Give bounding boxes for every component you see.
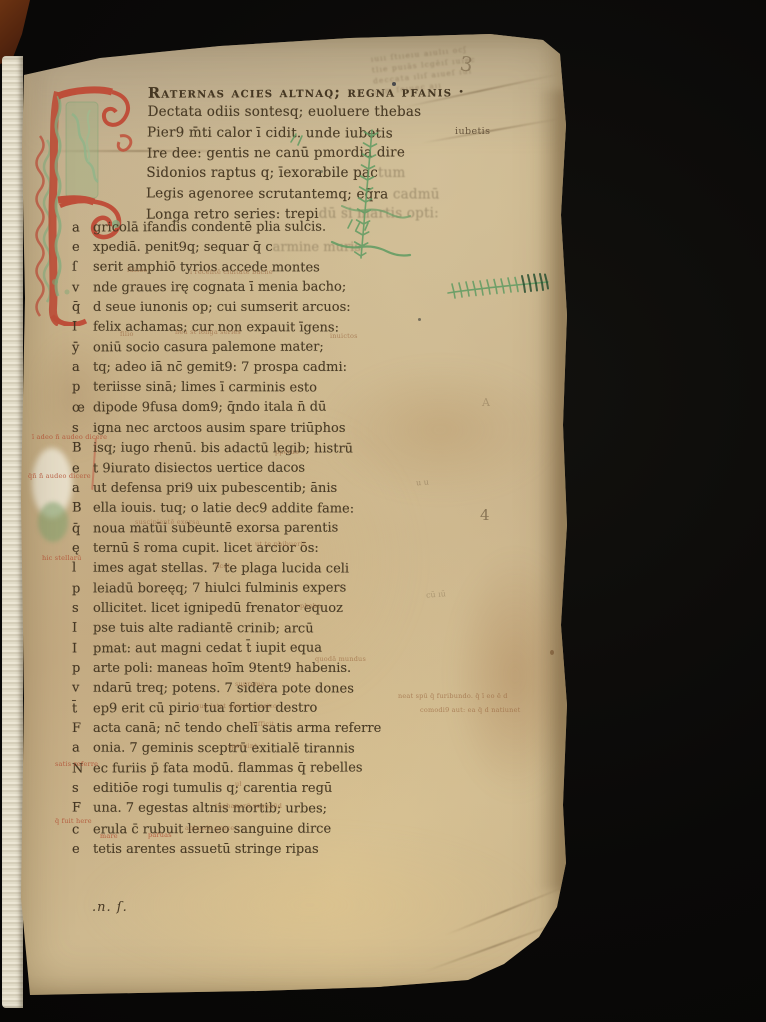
proem-line: Legis agenoree scrutantemq; eq̄ra cadmū [146, 185, 440, 202]
crease [424, 919, 566, 972]
verse-body: teriisse sinā; limes ī carminis esto [93, 380, 317, 396]
verse-initial: p [72, 380, 93, 395]
red-marginal-gloss: paruas [148, 831, 172, 839]
verse-line: expediā. penit9q; sequar q̄ carmine muri… [72, 240, 361, 255]
verse-initial: p [72, 661, 93, 676]
pen-trial-mark: cū ıū [426, 589, 446, 599]
stain [320, 360, 560, 500]
verse-body: tetis arentes assuetū stringe ripas [93, 842, 319, 857]
verse-initial: F [72, 721, 93, 736]
verse-body: t 9iurato disiectos uertice dacos [93, 460, 305, 476]
verse-body: editiōe rogi tumulis q; carentia regū [93, 781, 332, 796]
green-pigment-smear [38, 502, 68, 542]
verse-initial: t̄ [72, 702, 93, 717]
verse-initial: a [72, 481, 93, 496]
ink-speck [320, 170, 323, 173]
verse-line: signa nec arctoos ausim spare triūphos [72, 421, 346, 436]
verse-line: Bisq; iugo rhenū. bis adactū legib; hist… [72, 440, 353, 456]
interlinear-gloss: thebanorū regnaūd [215, 802, 282, 810]
verse-line: Ipse tuis alte radiantē crinib; arcū [72, 621, 314, 637]
interlinear-gloss: inuictos [330, 332, 358, 340]
red-marginal-gloss: q̄ñ ñ audeo dicere [28, 472, 91, 480]
verse-initial: a [72, 360, 93, 375]
verse-line: et 9iurato disiectos uertice dacos [72, 460, 305, 476]
verse-line: q̄d seue iunonis op; cui sumserit arcuos… [72, 300, 351, 315]
interlinear-gloss: qua latet oestro musico [195, 702, 277, 710]
verse-initial: a [72, 741, 93, 756]
verse-line: etetis arentes assuetū stringe ripas [72, 842, 319, 857]
verse-initial: s [72, 781, 93, 796]
interlinear-gloss: ut te phibuerit [255, 540, 306, 548]
verse-initial: B [72, 500, 93, 515]
verse-body: acta canā; nc̄ tendo chelī satis arma re… [93, 721, 381, 736]
interlinear-gloss: fuisse [127, 266, 147, 274]
ink-speck [418, 318, 421, 321]
verse-line: vndarū treq; potens. 7 sidera pote dones [72, 681, 354, 697]
verse-initial: ȳ [72, 341, 93, 356]
interlinear-gloss: ī recentē ciuitatē bache [190, 268, 273, 276]
interlinear-gloss: suscipientē exorsa [135, 518, 200, 526]
verse-body: leiadū boreęq; 7 hiulci fulminis expers [93, 580, 346, 596]
verse-body: tq; adeo iā nc̄ gemit9: 7 prospa cadmi: [93, 360, 347, 375]
verse-body: igna nec arctoos ausim spare triūphos [93, 421, 346, 436]
interlinear-gloss: uł [235, 780, 242, 788]
book-fore-edge-pages [2, 56, 23, 1008]
verse-body: una. 7 egestas altnis mortib; urbes; [93, 801, 327, 817]
verse-initial: I [72, 621, 93, 636]
proem-line: Ire dee: gentis ne canū pmordia dire [147, 144, 405, 161]
verse-body: dipode 9fusa dom9; q̄ndo itala n̄ dū [93, 400, 326, 416]
verse-initial: œ [72, 401, 93, 416]
verse-body: gricolā ifandis condentē plia sulcis. [93, 220, 326, 236]
verse-initial: s [72, 601, 93, 616]
red-marginal-gloss: ī adeo ñ audeo dicere [32, 433, 107, 441]
verse-line: Funa. 7 egestas altnis mortib; urbes; [72, 801, 327, 817]
interlinear-gloss: sufficit [250, 720, 274, 728]
verse-body: arte poli: maneas hoīm 9tent9 habenis. [93, 661, 351, 676]
verse-line: pleiadū boreęq; 7 hiulci fulminis expers [72, 580, 346, 596]
verse-initial: B [72, 440, 93, 455]
verse-line: ȳoniū socio casura palemone mater; [72, 340, 324, 356]
verse-body: ut defensa pri9 uix pubescentib; ānis [93, 481, 337, 496]
verse-body: ec furiis p̄ fata modū. flammas q̄ rebel… [93, 761, 363, 777]
interlinear-gloss: comodi9 aut: ea q̄ d natiunet [420, 706, 520, 714]
interlinear-gloss: filio [120, 330, 134, 338]
manuscript-page: ıuıı ſtııeıu aıulıı ocʃtlıe puıās lcgēıſ… [20, 30, 568, 995]
verse-body: nde graues irę cognata ī menia bacho; [93, 280, 346, 296]
book-spine-corner [0, 0, 34, 64]
proem-line: Pier9 m̄ti calor ī cidit. unde iubetis [147, 124, 393, 141]
stain [450, 550, 580, 800]
verse-body: d seue iunonis op; cui sumserit arcuos: [93, 300, 351, 315]
pen-trial-mark: A [482, 396, 490, 409]
verse-body: ella iouis. tuq; o latie dec9 addite fam… [93, 500, 354, 516]
interlinear-gloss: neat spū q̄ furibundo. q̄ ī eo ē d [398, 692, 508, 700]
verse-body: ndarū treq; potens. 7 sidera pote dones [93, 681, 354, 697]
stain [536, 90, 566, 890]
verse-line: limes agat stellas. 7 te plaga lucida ce… [72, 560, 349, 576]
verse-initial: v [72, 681, 93, 696]
verse-line: q̄noua matūi subeuntē exorsa parentis [72, 520, 338, 536]
red-marginal-gloss: satis referre [55, 760, 98, 768]
verse-body: noua matūi subeuntē exorsa parentis [93, 520, 338, 536]
ink-speck [550, 650, 554, 655]
verse-initial: e [72, 842, 93, 857]
interlinear-gloss: phebo [300, 602, 321, 610]
verse-line: agricolā ifandis condentē plia sulcis. [72, 220, 326, 236]
verse-body: oniū socio casura palemone mater; [93, 340, 324, 356]
verse-initial: a [72, 220, 93, 235]
interlinear-gloss: heu st longa series [175, 328, 241, 336]
verse-body: pse tuis alte radiantē crinib; arcū [93, 621, 314, 637]
proem-line: Dectata odiis sontesq; euoluere thebas [148, 104, 422, 120]
verse-body: isq; iugo rhenū. bis adactū legib; histr… [93, 440, 353, 456]
ink-speck [392, 82, 396, 86]
right-margin-gloss-iubetis: iubetis [455, 126, 490, 137]
interlinear-gloss: ppetuo [275, 448, 299, 456]
verse-line: aut defensa pri9 uix pubescentib; ānis [72, 481, 337, 496]
interlinear-gloss: suprema [235, 680, 265, 688]
verse-line: Nec furiis p̄ fata modū. flammas q̄ rebe… [72, 761, 363, 777]
verse-initial: e [72, 240, 93, 255]
interlinear-gloss: aplaude grece [185, 824, 234, 832]
interlinear-gloss: speruint [228, 742, 257, 750]
red-marginal-gloss: mare [100, 832, 118, 840]
verse-initial: v [72, 281, 93, 296]
verse-initial: q̄ [72, 300, 93, 315]
verse-line: seditiōe rogi tumulis q; carentia regū [72, 781, 332, 796]
verse-line: parte poli: maneas hoīm 9tent9 habenis. [72, 661, 351, 676]
verse-body: onia. 7 geminis sceptrū exitialē tiranni… [93, 741, 355, 757]
verse-line: aonia. 7 geminis sceptrū exitialē tirann… [72, 741, 355, 757]
crease [444, 886, 565, 937]
red-marginal-gloss: hic stellarū [42, 554, 82, 562]
verse-initial: I [72, 320, 93, 335]
interlinear-gloss: quodā mundus [315, 655, 366, 663]
verse-line: vnde graues irę cognata ī menia bacho; [72, 280, 346, 296]
verse-initial: F [72, 801, 93, 816]
interlinear-gloss: licet [215, 562, 230, 570]
verse-initial: ſ [72, 260, 93, 275]
verse-line: Ipmat: aut magni cedat t̄ iupit equa [72, 641, 322, 657]
verse-line: œdipode 9fusa dom9; q̄ndo itala n̄ dū [72, 400, 326, 416]
verse-initial: p [72, 581, 93, 596]
verse-line: atq; adeo iā nc̄ gemit9: 7 prospa cadmi: [72, 360, 347, 375]
bottom-quire-mark: .n. ſ. [92, 900, 128, 915]
verse-line: Facta canā; nc̄ tendo chelī satis arma r… [72, 721, 381, 736]
red-marginal-gloss: q̄ fuit here [55, 817, 92, 825]
proem-line: Raternas acies altnaq; regna pfanis · [148, 83, 465, 101]
verse-initial: l [72, 560, 93, 575]
verse-line: pteriisse sinā; limes ī carminis esto [72, 380, 317, 396]
pen-trial-mark: 4 [480, 506, 490, 524]
verse-body: pmat: aut magni cedat t̄ iupit equa [93, 641, 322, 657]
pen-trial-mark: u u [416, 477, 430, 487]
verse-body: xpediā. penit9q; sequar q̄ c [93, 240, 273, 255]
verse-initial: q̄ [72, 521, 93, 536]
proem-line: Sidonios raptus q; īexorabile pactum [146, 165, 405, 181]
verse-line: Bella iouis. tuq; o latie dec9 addite fa… [72, 500, 354, 516]
photo-backdrop: ıuıı ſtııeıu aıulıı ocʃtlıe puıās lcgēıſ… [0, 0, 766, 1022]
verse-initial: I [72, 641, 93, 656]
